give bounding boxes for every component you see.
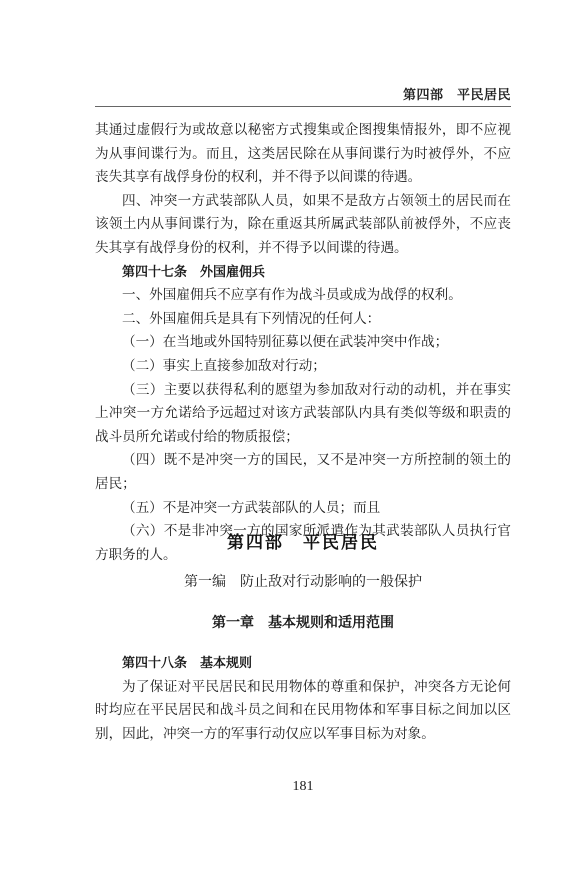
article-47-paragraph: 一、外国雇佣兵不应享有作为战斗员或成为战俘的权利。 (95, 284, 511, 308)
section-title: 第一编 防止敌对行动影响的一般保护 (95, 571, 511, 591)
part-title: 第四部 平民居民 (95, 528, 511, 553)
article-47-paragraph: （二）事实上直接参加敌对行动； (95, 355, 511, 379)
article-47-paragraph: 二、外国雇佣兵是具有下列情况的任何人： (95, 308, 511, 332)
article-46-paragraph-4: 四、冲突一方武装部队人员，如果不是敌方占领领土的居民而在该领土内从事间谍行为，除… (95, 190, 511, 261)
running-header: 第四部 平民居民 (403, 84, 511, 103)
article-47-title: 第四十七条 外国雇佣兵 (95, 261, 511, 285)
header-rule (95, 106, 511, 107)
continuation-paragraph: 其通过虚假行为或故意以秘密方式搜集或企图搜集情报外，即不应视为从事间谍行为。而且… (95, 119, 511, 190)
body-text-lower: 第四十八条 基本规则 为了保证对平民居民和民用物体的尊重和保护，冲突各方无论何时… (95, 652, 511, 746)
article-47-paragraph: （一）在当地或外国特别征募以便在武装冲突中作战； (95, 331, 511, 355)
article-48-paragraph: 为了保证对平民居民和民用物体的尊重和保护，冲突各方无论何时均应在平民居民和战斗员… (95, 676, 511, 747)
book-page: 第四部 平民居民 其通过虚假行为或故意以秘密方式搜集或企图搜集情报外，即不应视为… (95, 0, 511, 869)
article-48-title: 第四十八条 基本规则 (95, 652, 511, 676)
chapter-title: 第一章 基本规则和适用范围 (95, 612, 511, 632)
page-number: 181 (95, 779, 511, 795)
article-47-paragraph: （五）不是冲突一方武装部队的人员；而且 (95, 497, 511, 521)
body-text-upper: 其通过虚假行为或故意以秘密方式搜集或企图搜集情报外，即不应视为从事间谍行为。而且… (95, 119, 511, 567)
article-47-paragraph: （三）主要以获得私利的愿望为参加敌对行动的动机，并在事实上冲突一方允诺给予远超过… (95, 379, 511, 450)
article-47-paragraph: （四）既不是冲突一方的国民，又不是冲突一方所控制的领土的居民； (95, 449, 511, 496)
